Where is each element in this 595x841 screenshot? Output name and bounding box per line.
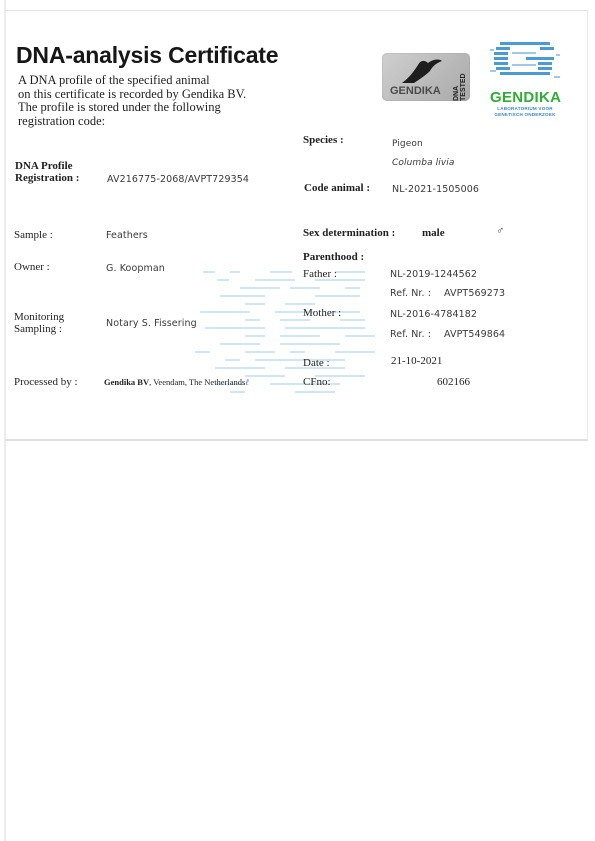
sample-value: Feathers <box>106 230 148 241</box>
stamp-vertical-text: DNA TESTED <box>453 59 467 101</box>
mother-ref-label: Ref. Nr. : <box>390 329 431 340</box>
monitoring-value: Notary S. Fissering <box>106 318 197 329</box>
monitoring-label-1: Monitoring <box>14 311 64 323</box>
page-title: DNA-analysis Certificate <box>16 42 278 69</box>
mother-code: NL-2016-4784182 <box>390 309 477 320</box>
registration-label-1: DNA Profile <box>15 160 73 172</box>
intro-line: The profile is stored under the followin… <box>18 101 288 115</box>
species-label: Species : <box>303 134 344 146</box>
processed-location: , Veendam, The Netherlands <box>149 377 245 387</box>
stamp-brand: GENDIKA <box>390 85 441 97</box>
processed-company: Gendika BV <box>104 377 149 387</box>
mother-ref: AVPT549864 <box>444 329 505 340</box>
intro-line: on this certificate is recorded by Gendi… <box>18 88 288 102</box>
date-label: Date : <box>303 357 330 369</box>
mother-label: Mother : <box>303 307 341 319</box>
sample-label: Sample : <box>14 229 53 241</box>
date-value: 21-10-2021 <box>391 355 442 367</box>
gendika-g-icon <box>490 40 560 82</box>
dna-tested-stamp: GENDIKA DNA TESTED <box>382 53 470 101</box>
intro-line: A DNA profile of the specified animal <box>18 74 288 88</box>
signature-mark: ℓ <box>245 377 249 387</box>
sex-label: Sex determination : <box>303 227 395 239</box>
intro-text: A DNA profile of the specified animal on… <box>18 74 288 128</box>
bird-icon <box>396 57 446 87</box>
cfno-label: CFno: <box>303 376 331 388</box>
father-ref-label: Ref. Nr. : <box>390 288 431 299</box>
owner-value: G. Koopman <box>106 263 165 274</box>
processed-label: Processed by : <box>14 376 78 388</box>
subtitle-line: GENETISCH ONDERZOEK <box>490 112 560 118</box>
father-code: NL-2019-1244562 <box>390 269 477 280</box>
gendika-brand: GENDIKA <box>490 89 560 106</box>
registration-value: AV216775-2068/AVPT729354 <box>107 174 249 185</box>
gendika-logo: GENDIKA LABORATORIUM VOOR GENETISCH ONDE… <box>490 40 560 118</box>
parenthood-label: Parenthood : <box>303 251 364 263</box>
processed-value: Gendika BV, Veendam, The Netherlandsℓ <box>104 377 249 387</box>
father-label: Father : <box>303 268 337 280</box>
father-ref: AVPT569273 <box>444 288 505 299</box>
monitoring-label-2: Sampling : <box>14 323 62 335</box>
sex-value: male <box>422 227 445 239</box>
code-animal-value: NL-2021-1505006 <box>392 184 479 195</box>
registration-label-2: Registration : <box>15 172 79 184</box>
species-common: Pigeon <box>392 139 423 149</box>
cfno-value: 602166 <box>437 376 470 388</box>
gendika-subtitle: LABORATORIUM VOOR GENETISCH ONDERZOEK <box>490 106 560 118</box>
intro-line: registration code: <box>18 115 288 129</box>
species-latin: Columba livia <box>392 158 455 168</box>
owner-label: Owner : <box>14 261 50 273</box>
code-animal-label: Code animal : <box>304 182 370 194</box>
male-symbol-icon: ♂ <box>496 225 504 237</box>
